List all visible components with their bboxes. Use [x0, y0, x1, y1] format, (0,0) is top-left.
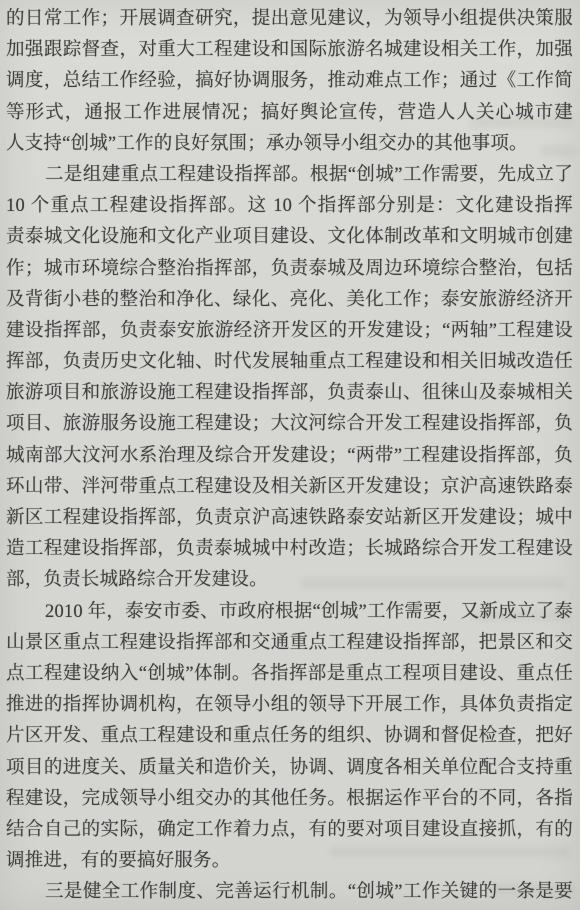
text-line: 片区开发、重点工程建设和重点任务的组织、协调和督促检查，把好工程 — [6, 721, 573, 752]
text-line: 调度，总结工作经验，搞好协调服务，推动难点工作；通过《工作简报》 — [6, 66, 573, 97]
text-line: 作；城市环境综合整治指挥部，负责泰城及周边环境综合整治，包括沿街 — [6, 254, 573, 285]
text-line: 新区工程建设指挥部，负责京沪高速铁路泰安站新区开发建设；城中村改 — [6, 503, 573, 534]
text-line: 点工程建设纳入“创城”体制。各指挥部是重点工程项目建设、重点任务 — [6, 659, 573, 690]
text-line: 程建设，完成领导小组交办的其他任务。根据运作平台的不同，各指挥部 — [6, 784, 573, 815]
text-line: 建设指挥部，负责泰安旅游经济开发区的开发建设；“两轴”工程建设指 — [6, 316, 573, 347]
text-line: 项目的进度关、质量关和造价关，协调、调度各相关单位配合支持重点工 — [6, 753, 573, 784]
text-line: 调推进，有的要搞好服务。 — [6, 846, 573, 877]
text-line: 挥部，负责历史文化轴、时代发展轴重点工程建设和相关旧城改造任务； — [6, 347, 573, 378]
text-line: 结合自己的实际，确定工作着力点，有的要对项目建设直接抓，有的是协 — [6, 815, 573, 846]
text-line: 加强跟踪督查，对重大工程建设和国际旅游名城建设相关工作，加强定期 — [6, 35, 573, 66]
text-line: 旅游项目和旅游设施工程建设指挥部，负责泰山、徂徕山及泰城相关旅游 — [6, 378, 573, 409]
text-line: 等形式，通报工作进展情况；搞好舆论宣传，营造人人关心城市建设、人 — [6, 98, 573, 129]
text-line: 10 个重点工程建设指挥部。这 10 个指挥部分别是：文化建设指挥部，负 — [6, 191, 573, 222]
text-line: 城南部大汶河水系治理及综合开发建设；“两带”工程建设指挥部，负责 — [6, 441, 573, 472]
text-line: 及背街小巷的整治和净化、绿化、亮化、美化工作；泰安旅游经济开发区 — [6, 285, 573, 316]
text-line: 2010 年，泰安市委、市政府根据“创城”工作需要，又新成立了泰 — [6, 597, 573, 628]
text-line: 造工程建设指挥部，负责泰城城中村改造；长城路综合开发工程建设指挥 — [6, 534, 573, 565]
text-line: 责泰城文化设施和文化产业项目建设、文化体制改革和文明城市创建工 — [6, 222, 573, 253]
text-line: 推进的指挥协调机构，在领导小组的领导下开展工作，具体负责指定重点 — [6, 690, 573, 721]
document-page: 的日常工作；开展调查研究，提出意见建议，为领导小组提供决策服务；加强跟踪督查，对… — [0, 0, 580, 910]
text-line: 二是组建重点工程建设指挥部。根据“创城”工作需要，先成立了 — [6, 160, 573, 191]
text-line: 环山带、泮河带重点工程建设及相关新区开发建设；京沪高速铁路泰安站 — [6, 472, 573, 503]
text-line: 山景区重点工程建设指挥部和交通重点工程建设指挥部，把景区和交通重 — [6, 628, 573, 659]
text-line: 部，负责长城路综合开发建设。 — [6, 565, 573, 596]
page-text: 的日常工作；开展调查研究，提出意见建议，为领导小组提供决策服务；加强跟踪督查，对… — [6, 4, 573, 908]
text-line: 三是健全工作制度、完善运行机制。“创城”工作关键的一条是要有 — [6, 877, 573, 908]
text-line: 的日常工作；开展调查研究，提出意见建议，为领导小组提供决策服务； — [6, 4, 573, 35]
text-line: 项目、旅游服务设施工程建设；大汶河综合开发工程建设指挥部，负责泰 — [6, 409, 573, 440]
text-line: 人支持“创城”工作的良好氛围；承办领导小组交办的其他事项。 — [6, 129, 573, 160]
